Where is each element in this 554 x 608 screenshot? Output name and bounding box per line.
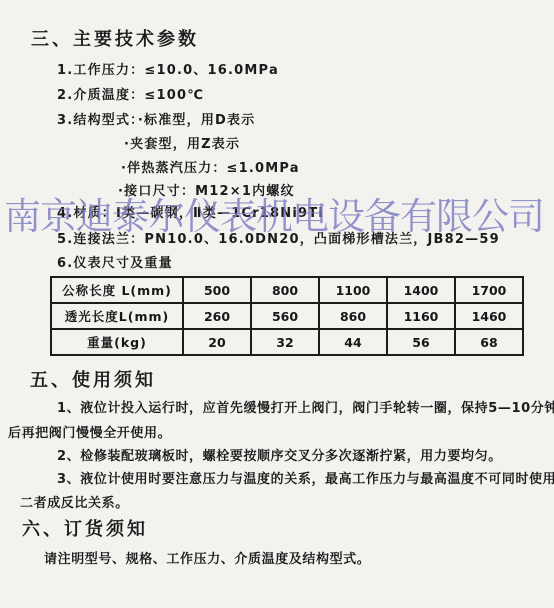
table-cell: 500 bbox=[183, 277, 251, 303]
order-note: 请注明型号、规格、工作压力、介质温度及结构型式。 bbox=[44, 548, 370, 567]
section-tech-title: 三、主要技术参数 bbox=[31, 25, 199, 51]
table-cell: 1160 bbox=[387, 303, 455, 329]
row-header: 重量(kg) bbox=[51, 329, 183, 355]
spec-item-size-weight: 6.仪表尺寸及重量 bbox=[57, 252, 173, 271]
section-usage-title: 五、使用须知 bbox=[30, 366, 156, 392]
dimensions-table: 公称长度 L(mm) 500 800 1100 1400 1700 透光长度L(… bbox=[50, 276, 524, 356]
table-cell: 20 bbox=[183, 329, 251, 355]
table-cell: 860 bbox=[319, 303, 387, 329]
spec-item-medium-temperature: 2.介质温度：≤100℃ bbox=[57, 84, 204, 103]
table-cell: 32 bbox=[251, 329, 319, 355]
spec-subitem-port-size: ·接口尺寸：M12×1内螺纹 bbox=[118, 180, 295, 199]
usage-line: 2、检修装配玻璃板时，螺栓要按顺序交叉分多次逐渐拧紧，用力要均匀。 bbox=[57, 445, 502, 464]
document-page: 南京迪泰尔仪表机电设备有限公司 三、主要技术参数 1.工作压力：≤10.0、16… bbox=[0, 0, 554, 608]
usage-line: 后再把阀门慢慢全开使用。 bbox=[8, 422, 171, 441]
row-header: 公称长度 L(mm) bbox=[51, 277, 183, 303]
spec-subitem-jacket-type: ·夹套型，用Z表示 bbox=[124, 133, 240, 152]
spec-subitem-steam-pressure: ·伴热蒸汽压力：≤1.0MPa bbox=[121, 157, 300, 176]
table-cell: 44 bbox=[319, 329, 387, 355]
table-cell: 800 bbox=[251, 277, 319, 303]
table-cell: 1460 bbox=[455, 303, 523, 329]
usage-line: 3、液位计使用时要注意压力与温度的关系，最高工作压力与最高温度不可同时使用， bbox=[57, 468, 554, 487]
row-header: 透光长度L(mm) bbox=[51, 303, 183, 329]
table-cell: 1100 bbox=[319, 277, 387, 303]
table-cell: 68 bbox=[455, 329, 523, 355]
table-cell: 1400 bbox=[387, 277, 455, 303]
table-row-visible-length: 透光长度L(mm) 260 560 860 1160 1460 bbox=[51, 303, 523, 329]
table-row-nominal-length: 公称长度 L(mm) 500 800 1100 1400 1700 bbox=[51, 277, 523, 303]
spec-item-flange: 5.连接法兰：PN10.0、16.0DN20，凸面梯形槽法兰，JB82—59 bbox=[57, 228, 500, 247]
section-order-title: 六、订货须知 bbox=[22, 515, 148, 541]
spec-item-working-pressure: 1.工作压力：≤10.0、16.0MPa bbox=[57, 59, 279, 78]
spec-item-material: 4.材质：Ⅰ类—碳钢，Ⅱ类—1Cr18Ni9Ti bbox=[57, 202, 324, 221]
spec-item-structure-type: 3.结构型式：·标准型，用D表示 bbox=[57, 109, 255, 128]
table-row-weight: 重量(kg) 20 32 44 56 68 bbox=[51, 329, 523, 355]
table-cell: 560 bbox=[251, 303, 319, 329]
table-cell: 260 bbox=[183, 303, 251, 329]
table-cell: 1700 bbox=[455, 277, 523, 303]
usage-line: 二者成反比关系。 bbox=[20, 492, 129, 511]
table-cell: 56 bbox=[387, 329, 455, 355]
usage-line: 1、液位计投入运行时，应首先缓慢打开上阀门，阀门手轮转一圈，保持5—10分钟，然 bbox=[57, 397, 554, 416]
